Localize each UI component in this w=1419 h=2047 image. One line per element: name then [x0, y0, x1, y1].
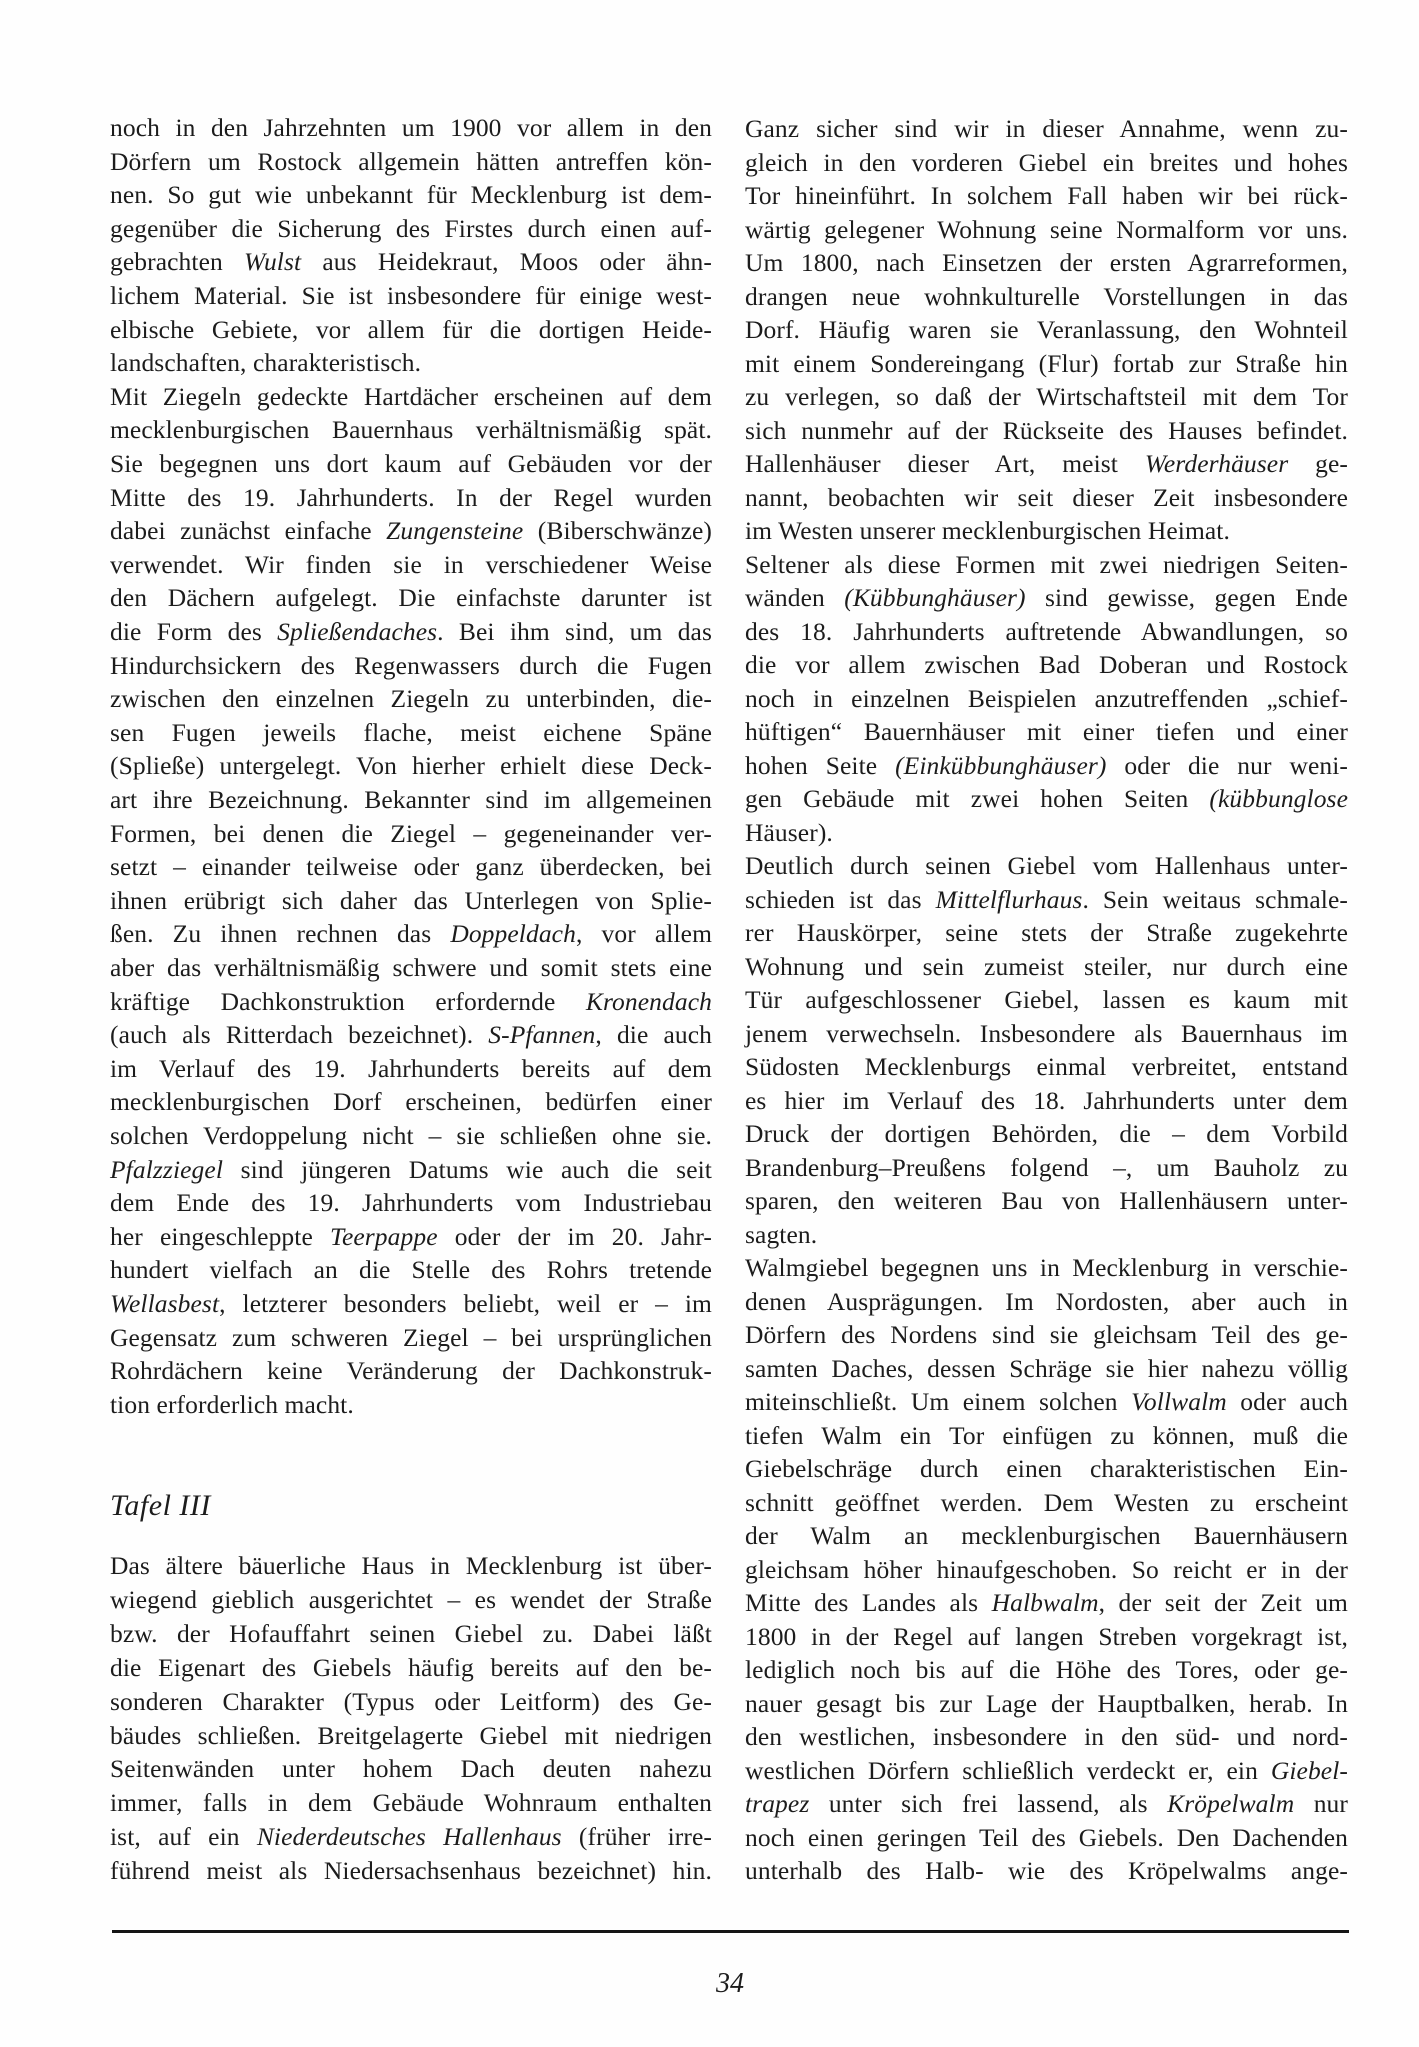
text-line: ßen. Zu ihnen rechnen das Doppeldach, vo…: [110, 919, 712, 949]
text-line: hundert vielfach an die Stelle des Rohrs…: [110, 1255, 712, 1285]
footer-rule: [112, 1930, 1349, 1933]
text-line: Wellasbest, letzterer besonders beliebt,…: [110, 1289, 712, 1319]
text-line: gleichsam höher hinaufgeschoben. So reic…: [745, 1555, 1348, 1585]
text-line: Wohnung und sein zumeist steiler, nur du…: [745, 952, 1348, 982]
text-line: Ganz sicher sind wir in dieser Annahme, …: [745, 114, 1348, 144]
text-line: des 18. Jahrhunderts auftretende Abwandl…: [745, 617, 1348, 647]
text-line: (Spließe) untergelegt. Von hierher erhie…: [110, 751, 712, 781]
text-line: gebrachten Wulst aus Heidekraut, Moos od…: [110, 247, 712, 277]
text-line: bzw. der Hofauffahrt seinen Giebel zu. D…: [110, 1619, 712, 1649]
text-line: Walmgiebel begegnen uns in Mecklenburg i…: [745, 1253, 1348, 1283]
text-line: her eingeschleppte Teerpappe oder der im…: [110, 1222, 712, 1252]
text-line: denen Ausprägungen. Im Nordosten, aber a…: [745, 1287, 1348, 1317]
text-line: gleich in den vorderen Giebel ein breite…: [745, 148, 1348, 178]
text-line: wärtig gelegener Wohnung seine Normalfor…: [745, 215, 1348, 245]
emphasized-term: Pfalzziegel: [110, 1155, 223, 1184]
text-line: zwischen den einzelnen Ziegeln zu unterb…: [110, 684, 712, 714]
text-line: nen. So gut wie unbekannt für Mecklenbur…: [110, 180, 712, 210]
text-line: samten Daches, dessen Schräge sie hier n…: [745, 1354, 1348, 1384]
text-line: Deutlich durch seinen Giebel vom Hallenh…: [745, 851, 1348, 881]
text-line: Giebelschräge durch einen charakteristis…: [745, 1454, 1348, 1484]
text-line: wänden (Kübbunghäuser) sind gewisse, geg…: [745, 583, 1348, 613]
text-line: lichem Material. Sie ist insbesondere fü…: [110, 281, 712, 311]
emphasized-term: Spließendaches: [277, 617, 437, 646]
text-line: zu verlegen, so daß der Wirtschaftsteil …: [745, 382, 1348, 412]
emphasized-term: Teerpappe: [330, 1222, 438, 1251]
text-line: jenem verwechseln. Insbesondere als Baue…: [745, 1019, 1348, 1049]
emphasized-term: Wulst: [244, 247, 301, 276]
emphasized-term: S-Pfannen: [488, 1020, 595, 1049]
text-line: Formen, bei denen die Ziegel – gegeneina…: [110, 819, 712, 849]
text-line: lediglich noch bis auf die Höhe des Tore…: [745, 1655, 1348, 1685]
text-line: bäudes schließen. Breitgelagerte Giebel …: [110, 1721, 712, 1751]
text-line: Häuser).: [745, 818, 1348, 848]
text-line: Druck der dortigen Behörden, die – dem V…: [745, 1119, 1348, 1149]
text-line: Hindurchsickern des Regenwassers durch d…: [110, 651, 712, 681]
text-line: sich nunmehr auf der Rückseite des Hause…: [745, 416, 1348, 446]
text-line: ihnen erübrigt sich daher das Unterlegen…: [110, 886, 712, 916]
text-line: Mitte des 19. Jahrhunderts. In der Regel…: [110, 483, 712, 513]
text-line: noch in einzelnen Beispielen anzutreffen…: [745, 684, 1348, 714]
text-line: noch in den Jahrzehnten um 1900 vor alle…: [110, 113, 712, 143]
text-line: westlichen Dörfern schließlich verdeckt …: [745, 1756, 1348, 1786]
text-line: Tor hineinführt. In solchem Fall haben w…: [745, 181, 1348, 211]
text-line: dem Ende des 19. Jahrhunderts vom Indust…: [110, 1188, 712, 1218]
text-line: unterhalb des Halb- wie des Kröpelwalms …: [745, 1856, 1348, 1886]
text-line: Mitte des Landes als Halbwalm, der seit …: [745, 1588, 1348, 1618]
emphasized-term: Mittelflurhaus: [936, 885, 1083, 914]
text-line: schnitt geöffnet werden. Dem Westen zu e…: [745, 1488, 1348, 1518]
text-line: nauer gesagt bis zur Lage der Hauptbalke…: [745, 1689, 1348, 1719]
emphasized-term: Giebel-: [1271, 1756, 1348, 1785]
emphasized-term: (kübbunglose: [1209, 784, 1348, 813]
text-line: Brandenburg–Preußens folgend –, um Bauho…: [745, 1153, 1348, 1183]
text-line: der Walm an mecklenburgischen Bauernhäus…: [745, 1521, 1348, 1551]
text-line: gen Gebäude mit zwei hohen Seiten (kübbu…: [745, 784, 1348, 814]
text-line: die Eigenart des Giebels häufig bereits …: [110, 1653, 712, 1683]
text-line: tiefen Walm ein Tor einfügen zu können, …: [745, 1421, 1348, 1451]
text-line: Gegensatz zum schweren Ziegel – bei ursp…: [110, 1323, 712, 1353]
section-heading: Tafel III: [110, 1488, 211, 1524]
text-line: schieden ist das Mittelflurhaus. Sein we…: [745, 885, 1348, 915]
text-line: solchen Verdoppelung nicht – sie schließ…: [110, 1121, 712, 1151]
text-line: es hier im Verlauf des 18. Jahrhunderts …: [745, 1086, 1348, 1116]
text-line: Dörfern des Nordens sind sie gleichsam T…: [745, 1320, 1348, 1350]
text-line: im Verlauf des 19. Jahrhunderts bereits …: [110, 1054, 712, 1084]
text-line: (auch als Ritterdach bezeichnet). S-Pfan…: [110, 1020, 712, 1050]
text-line: noch einen geringen Teil des Giebels. De…: [745, 1823, 1348, 1853]
text-line: Seitenwänden unter hohem Dach deuten nah…: [110, 1754, 712, 1784]
text-line: mecklenburgischen Bauernhaus verhältnism…: [110, 415, 712, 445]
text-line: mit einem Sondereingang (Flur) fortab zu…: [745, 349, 1348, 379]
text-line: die vor allem zwischen Bad Doberan und R…: [745, 650, 1348, 680]
text-line: Dorf. Häufig waren sie Veranlassung, den…: [745, 315, 1348, 345]
text-line: tion erforderlich macht.: [110, 1390, 712, 1420]
text-line: den westlichen, insbesondere in den süd-…: [745, 1722, 1348, 1752]
text-line: hüftigen“ Bauernhäuser mit einer tiefen …: [745, 717, 1348, 747]
emphasized-term: Werderhäuser: [1145, 449, 1288, 478]
text-line: Pfalzziegel sind jüngeren Datums wie auc…: [110, 1155, 712, 1185]
text-line: nannt, beobachten wir seit dieser Zeit i…: [745, 483, 1348, 513]
text-line: führend meist als Niedersachsenhaus beze…: [110, 1856, 712, 1886]
text-line: 1800 in der Regel auf langen Streben vor…: [745, 1622, 1348, 1652]
text-line: mecklenburgischen Dorf erscheinen, bedür…: [110, 1087, 712, 1117]
text-line: im Westen unserer mecklenburgischen Heim…: [745, 516, 1348, 546]
emphasized-term: Vollwalm: [1131, 1387, 1227, 1416]
text-line: miteinschließt. Um einem solchen Vollwal…: [745, 1387, 1348, 1417]
text-line: Sie begegnen uns dort kaum auf Gebäuden …: [110, 449, 712, 479]
emphasized-term: (Kübbunghäuser): [844, 583, 1025, 612]
page-number: 34: [700, 1968, 760, 2000]
text-line: elbische Gebiete, vor allem für die dort…: [110, 315, 712, 345]
text-line: sagten.: [745, 1220, 1348, 1250]
text-line: Mit Ziegeln gedeckte Hartdächer erschein…: [110, 382, 712, 412]
text-line: Um 1800, nach Einsetzen der ersten Agrar…: [745, 248, 1348, 278]
text-line: kräftige Dachkonstruktion erfordernde Kr…: [110, 987, 712, 1017]
text-line: gegenüber die Sicherung des Firstes durc…: [110, 214, 712, 244]
text-line: hohen Seite (Einkübbunghäuser) oder die …: [745, 751, 1348, 781]
text-line: sen Fugen jeweils flache, meist eichene …: [110, 718, 712, 748]
text-line: den Dächern aufgelegt. Die einfachste da…: [110, 583, 712, 613]
text-line: Dörfern um Rostock allgemein hätten antr…: [110, 147, 712, 177]
text-line: sparen, den weiteren Bau von Hallenhäuse…: [745, 1186, 1348, 1216]
text-line: verwendet. Wir finden sie in verschieden…: [110, 550, 712, 580]
text-line: aber das verhältnismäßig schwere und som…: [110, 953, 712, 983]
text-line: Südosten Mecklenburgs einmal verbreitet,…: [745, 1052, 1348, 1082]
text-line: immer, falls in dem Gebäude Wohnraum ent…: [110, 1788, 712, 1818]
emphasized-term: Niederdeutsches Hallenhaus: [257, 1822, 562, 1851]
text-line: drangen neue wohnkulturelle Vorstellunge…: [745, 282, 1348, 312]
text-line: setzt – einander teilweise oder ganz übe…: [110, 852, 712, 882]
text-line: Das ältere bäuerliche Haus in Mecklenbur…: [110, 1551, 712, 1581]
text-line: wiegend gieblich ausgerichtet – es wende…: [110, 1585, 712, 1615]
emphasized-term: Halbwalm: [992, 1588, 1099, 1617]
emphasized-term: trapez: [745, 1789, 809, 1818]
text-line: die Form des Spließendaches. Bei ihm sin…: [110, 617, 712, 647]
emphasized-term: Doppeldach: [450, 919, 576, 948]
text-line: Rohrdächern keine Veränderung der Dachko…: [110, 1356, 712, 1386]
emphasized-term: (Einkübbunghäuser): [895, 751, 1106, 780]
text-line: ist, auf ein Niederdeutsches Hallenhaus …: [110, 1822, 712, 1852]
text-line: Tür aufgeschlossener Giebel, lassen es k…: [745, 985, 1348, 1015]
text-line: Seltener als diese Formen mit zwei niedr…: [745, 550, 1348, 580]
text-line: landschaften, charakteristisch.: [110, 348, 712, 378]
text-line: Hallenhäuser dieser Art, meist Werderhäu…: [745, 449, 1348, 479]
emphasized-term: Zungensteine: [386, 516, 523, 545]
emphasized-term: Kröpelwalm: [1167, 1789, 1294, 1818]
emphasized-term: Kronendach: [586, 987, 712, 1016]
emphasized-term: Wellasbest: [110, 1289, 219, 1318]
text-line: dabei zunächst einfache Zungensteine (Bi…: [110, 516, 712, 546]
text-line: rer Hauskörper, seine stets der Straße z…: [745, 918, 1348, 948]
text-line: trapez unter sich frei lassend, als Kröp…: [745, 1789, 1348, 1819]
text-line: art ihre Bezeichnung. Bekannter sind im …: [110, 785, 712, 815]
text-line: sonderen Charakter (Typus oder Leitform)…: [110, 1687, 712, 1717]
